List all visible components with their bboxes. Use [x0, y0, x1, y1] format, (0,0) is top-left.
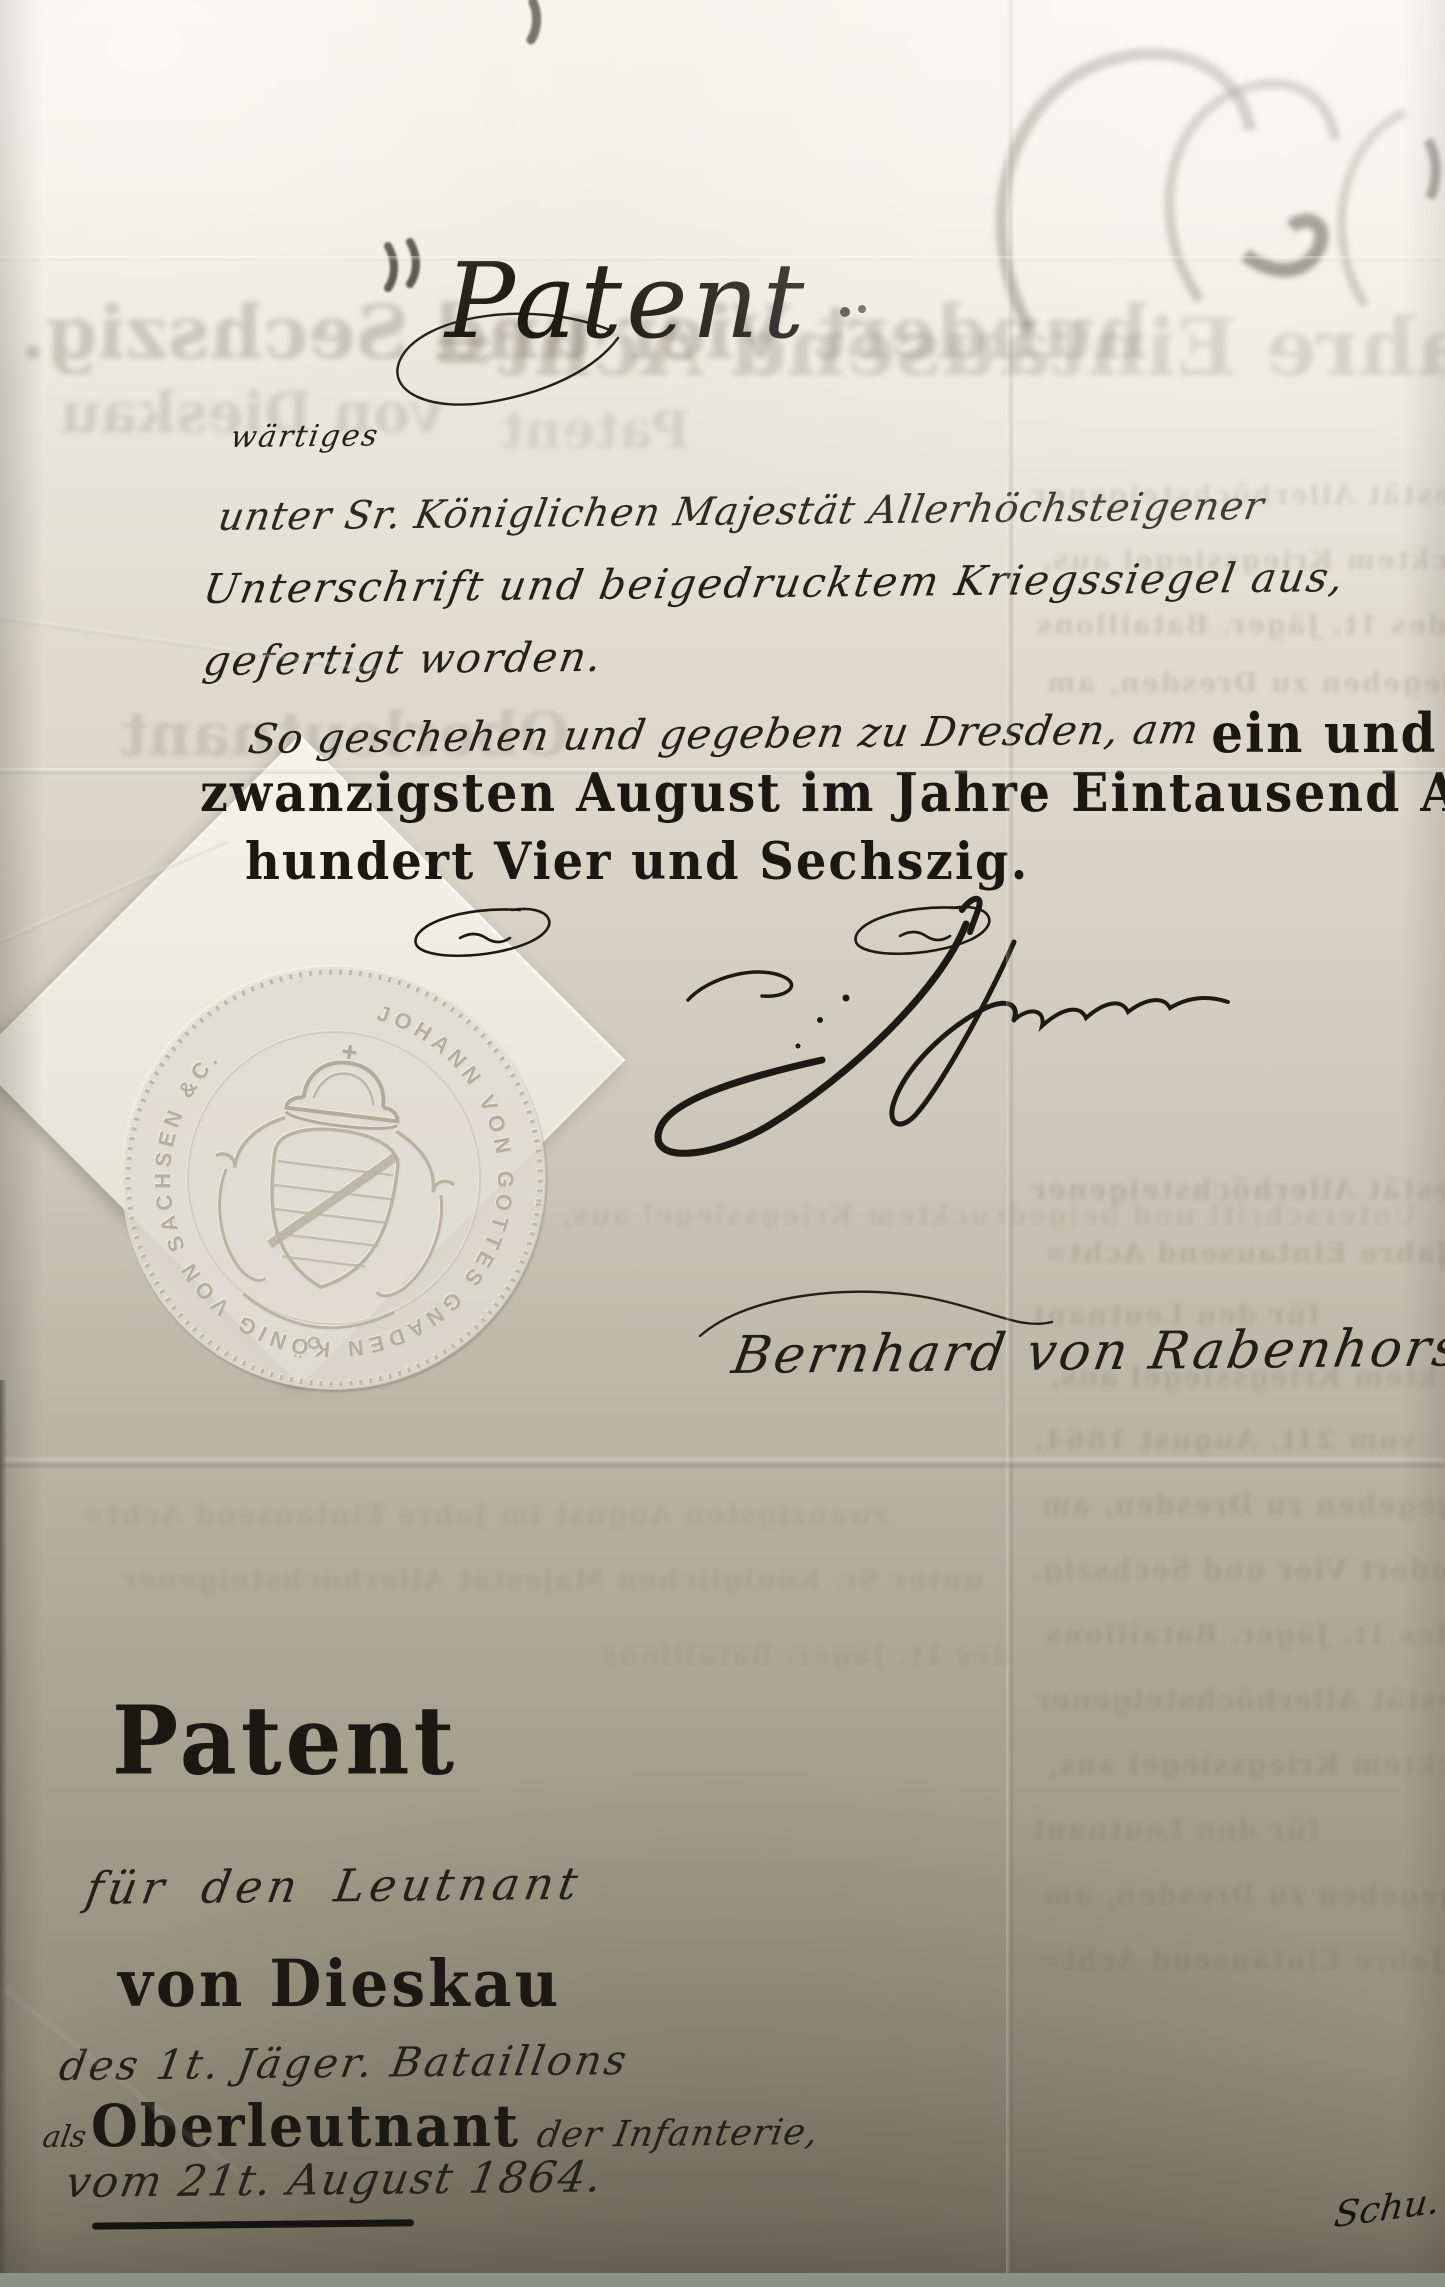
seal-graphic: JOHANN VON GOTTES GNADEN KÖNIG VON SACHS… — [108, 952, 560, 1404]
horizontal-fold-upper — [0, 768, 1445, 774]
body-line-2: Unterschrift und beigedrucktem Kriegssie… — [200, 553, 1349, 613]
docket-line-4: als Oberleutnant der Infanterie, — [40, 2096, 815, 2160]
docket-line-3: des 1t. Jäger. Bataillons — [56, 2036, 633, 2090]
bleedthrough-row: des 1t. Jäger. Bataillons — [600, 1640, 1011, 1671]
royal-signature — [610, 880, 1310, 1190]
docket-underline — [92, 2219, 414, 2229]
bleedthrough-row: des 1t. Jäger. Bataillons — [1035, 610, 1445, 641]
bleedthrough-row: So geschehen und gegeben zu Dresden, am — [1042, 1880, 1445, 1911]
docket-line-4-post: der Infanterie, — [534, 2112, 822, 2156]
body-line-4-script: So geschehen und gegeben zu Dresden, am — [245, 705, 1203, 763]
bleedthrough-row: Unterschrift und beigedrucktem Kriegssie… — [560, 1200, 1417, 1231]
bleedthrough-row: So geschehen und gegeben zu Dresden, am — [1040, 1490, 1445, 1521]
vertical-fold — [1006, 0, 1014, 2273]
table-background-strip — [0, 2273, 1445, 2287]
body-line-1: unter Sr. Königlichen Majestät Allerhöch… — [215, 484, 1268, 540]
horizontal-fold-lower — [0, 1458, 1445, 1467]
document-photo: hundert Vier und Sechszig. von Dieskau z… — [0, 0, 1445, 2287]
bleedthrough-row: zwanzigsten August im Jahre Eintausend A… — [1042, 1238, 1445, 1269]
bleedthrough-row: zwanzigsten August im Jahre Eintausend A… — [1036, 1945, 1445, 1976]
docket-line-4-pre: als — [40, 2120, 89, 2155]
bleedthrough-row: für den Leutnant — [1030, 1815, 1319, 1846]
body-line-4-fraktur: ein und — [1211, 701, 1437, 765]
paper-left-edge — [0, 1380, 7, 2277]
docket-line-2: von Dieskau — [118, 1946, 561, 2022]
docket-title: Patent — [112, 1684, 458, 1796]
bleedthrough-row: zwanzigsten August im Jahre Eintausend A… — [80, 1500, 890, 1531]
embossed-royal-seal: JOHANN VON GOTTES GNADEN KÖNIG VON SACHS… — [108, 952, 560, 1404]
body-line-4: So geschehen und gegeben zu Dresden, am … — [245, 706, 1438, 765]
bleedthrough-row: des 1t. Jäger. Bataillons — [1044, 1620, 1445, 1651]
docket-date-line: vom 21t. August 1864. — [62, 2152, 607, 2208]
bleedthrough-row: unter Sr. Königlichen Majestät Allerhöch… — [1034, 1685, 1445, 1716]
bleedthrough-row: Unterschrift und beigedrucktem Kriegssie… — [1046, 1750, 1445, 1781]
docket-line-1: für den Leutnant — [82, 1857, 586, 1915]
bleedthrough-row: vom 21t. August 1864. — [1032, 1425, 1415, 1456]
body-line-3: gefertigt worden. — [200, 633, 607, 685]
bleedthrough-row: unter Sr. Königlichen Majestät Allerhöch… — [120, 1565, 983, 1596]
bleedthrough-row: hundert Vier und Sechszig. — [1030, 1555, 1445, 1586]
counter-signature: Bernhard von Rabenhorst. — [728, 1318, 1445, 1386]
inserted-word: wärtiges — [228, 418, 382, 455]
bleedthrough-row: So geschehen und gegeben zu Dresden, am — [1045, 668, 1445, 699]
clerk-paraph: Schu. — [1332, 2181, 1442, 2236]
horizontal-crease-top — [0, 256, 1445, 261]
docket-line-4-rank: Oberleutnant — [91, 2091, 520, 2160]
